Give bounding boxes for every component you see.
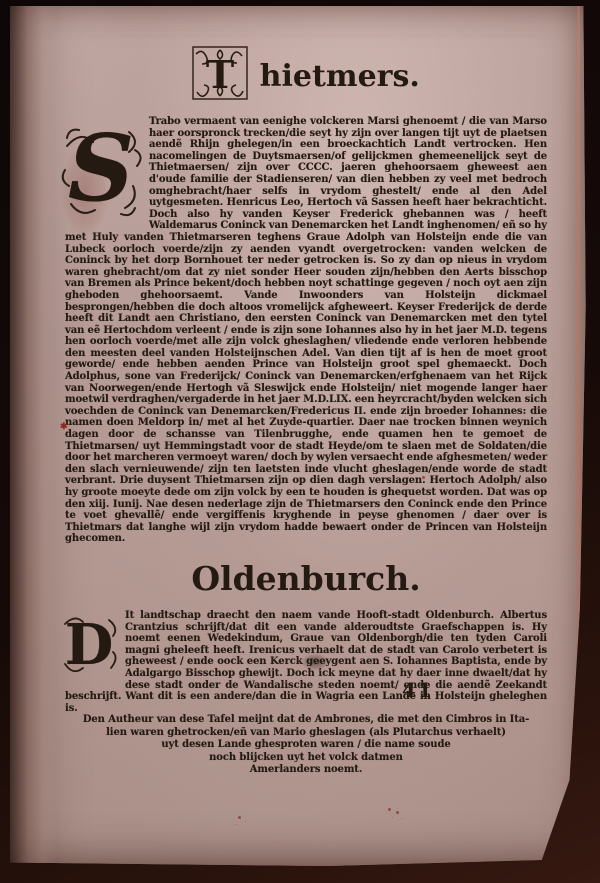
- foxing-specks: [388, 808, 391, 811]
- margin-annotation-mark: ✱: [60, 422, 68, 432]
- foxing-specks: [238, 816, 241, 819]
- svg-text:T: T: [206, 52, 234, 97]
- section-title-thietmers: T hietmers.: [65, 46, 547, 112]
- page-edge: [577, 6, 580, 797]
- paragraph-oldenburch-text: It landtschap draecht den naem vande Hoo…: [65, 610, 547, 714]
- book-photo: T hietmers. S Trabo vermaent van eenighe…: [0, 0, 600, 883]
- section-title-oldenburch: Oldenburch.: [65, 559, 547, 598]
- drop-cap-s: S: [59, 118, 143, 226]
- drop-cap-d: D: [59, 612, 119, 680]
- svg-text:D: D: [65, 612, 113, 676]
- colophon-line: lien waren ghetrocken/eñ van Mario ghesl…: [65, 727, 547, 739]
- paragraph-thietmers: S Trabo vermaent van eenighe volckeren M…: [65, 116, 547, 545]
- colophon: Den Autheur van dese Tafel meijnt dat de…: [65, 714, 547, 776]
- ornate-initial-t: T: [192, 46, 248, 104]
- svg-text:S: S: [68, 118, 134, 222]
- page-content: T hietmers. S Trabo vermaent van eenighe…: [65, 46, 547, 776]
- section-title-text: hietmers.: [260, 59, 420, 94]
- section-title-oldenburch-text: Oldenburch.: [191, 559, 420, 598]
- book-page: T hietmers. S Trabo vermaent van eenighe…: [10, 6, 588, 866]
- colophon-line: uyt desen Lande ghesproten waren / die n…: [65, 739, 547, 751]
- gutter-shadow: [10, 6, 56, 866]
- colophon-line: Amerlanders noemt.: [65, 764, 547, 776]
- paragraph-oldenburch: D It landtschap draecht den naem vande H…: [65, 610, 547, 714]
- colophon-line: Den Autheur van dese Tafel meijnt dat de…: [65, 714, 547, 726]
- page-number: 41: [402, 678, 434, 702]
- colophon-line: noch blijcken uyt het volck datmen: [65, 752, 547, 764]
